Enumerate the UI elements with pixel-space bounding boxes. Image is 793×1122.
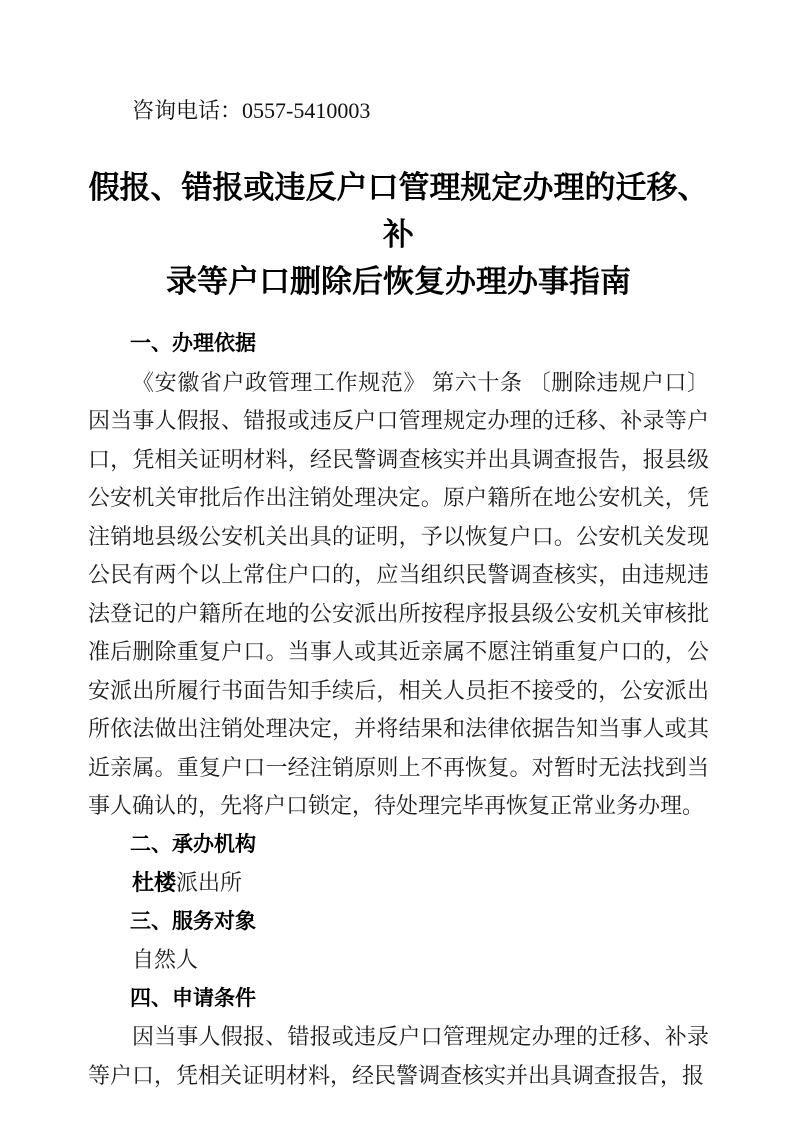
section-heading-agency: 二、承办机构 xyxy=(88,826,709,865)
section-heading-basis: 一、办理依据 xyxy=(88,325,709,364)
title-line-2: 录等户口删除后恢复办理办事指南 xyxy=(166,264,631,299)
section-conditions-paragraph: 因当事人假报、错报或违反户口管理规定办理的迁移、补录等户口，凭相关证明材料，经民… xyxy=(88,1018,709,1095)
service-target-line: 自然人 xyxy=(88,941,709,980)
agency-name-bold: 杜楼 xyxy=(132,870,176,895)
agency-line: 杜楼派出所 xyxy=(88,864,709,903)
document-title: 假报、错报或违反户口管理规定办理的迁移、补 录等户口删除后恢复办理办事指南 xyxy=(88,164,709,305)
section-heading-application-conditions: 四、申请条件 xyxy=(88,980,709,1019)
agency-name-rest: 派出所 xyxy=(176,870,242,895)
document-body: 一、办理依据 《安徽省户政管理工作规范》 第六十条 〔删除违规户口〕因当事人假报… xyxy=(88,325,709,1095)
document-page: 咨询电话：0557-5410003 假报、错报或违反户口管理规定办理的迁移、补 … xyxy=(0,0,793,1122)
section-basis-paragraph: 《安徽省户政管理工作规范》 第六十条 〔删除违规户口〕因当事人假报、错报或违反户… xyxy=(88,364,709,826)
phone-line: 咨询电话：0557-5410003 xyxy=(88,96,709,126)
title-line-1: 假报、错报或违反户口管理规定办理的迁移、补 xyxy=(89,170,709,252)
section-heading-service-target: 三、服务对象 xyxy=(88,903,709,942)
